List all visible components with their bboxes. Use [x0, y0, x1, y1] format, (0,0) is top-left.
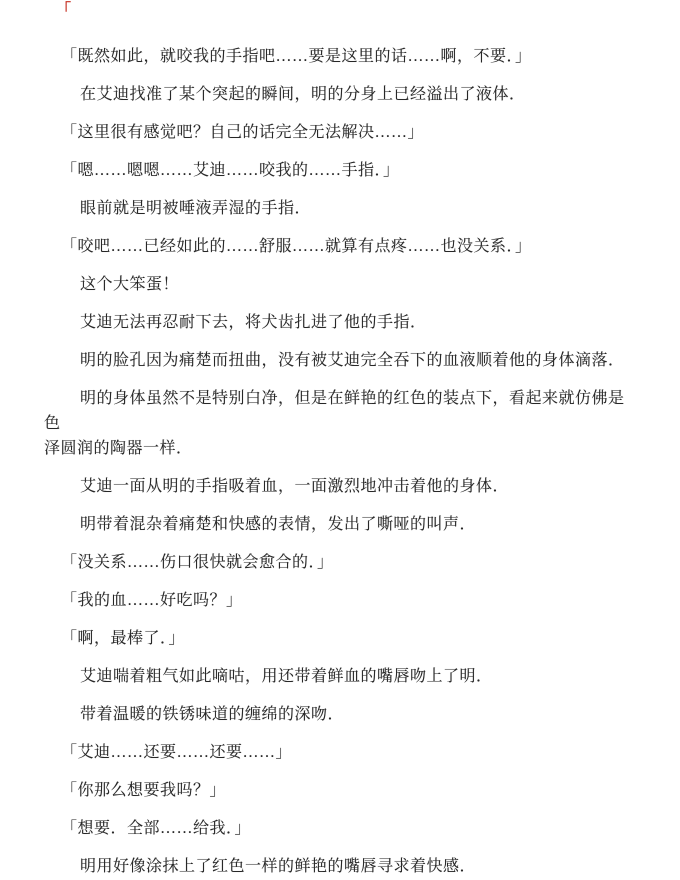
- dialogue-line: 「想要．全部……给我．」: [44, 816, 630, 841]
- dialogue-line: 「啊，最棒了．」: [44, 626, 630, 651]
- narration-line: 明带着混杂着痛楚和快感的表情，发出了嘶哑的叫声．: [44, 512, 630, 537]
- narration-line: 明用好像涂抹上了红色一样的鲜艳的嘴唇寻求着快感．: [44, 854, 630, 879]
- narration-line: 带着温暖的铁锈味道的缠绵的深吻．: [44, 702, 630, 727]
- narration-line: 在艾迪找准了某个突起的瞬间，明的分身上已经溢出了液体．: [44, 82, 630, 107]
- dialogue-line: 「艾迪……还要……还要……」: [44, 740, 630, 765]
- dialogue-line: 「这里很有感觉吧？自己的话完全无法解决……」: [44, 120, 630, 145]
- dialogue-line: 「嗯……嗯嗯……艾迪……咬我的……手指．」: [44, 158, 630, 183]
- dialogue-line: 「我的血……好吃吗？」: [44, 588, 630, 613]
- dialogue-line: 「咬吧……已经如此的……舒服……就算有点疼……也没关系．」: [44, 234, 630, 259]
- dialogue-line: 「没关系……伤口很快就会愈合的．」: [44, 550, 630, 575]
- novel-text-page: 「 「既然如此，就咬我的手指吧……要是这里的话……啊，不要．」 在艾迪找准了某个…: [0, 0, 680, 880]
- narration-line: 明的身体虽然不是特别白净，但是在鲜艳的红色的装点下，看起来就仿佛是色 泽圆润的陶…: [44, 386, 630, 461]
- narration-line: 艾迪一面从明的手指吸着血，一面激烈地冲击着他的身体．: [44, 474, 630, 499]
- dialogue-line: 「你那么想要我吗？」: [44, 778, 630, 803]
- narration-line: 艾迪喘着粗气如此嘀咕，用还带着鲜血的嘴唇吻上了明．: [44, 664, 630, 689]
- red-corner-mark: 「: [56, 1, 71, 19]
- dialogue-line: 「既然如此，就咬我的手指吧……要是这里的话……啊，不要．」: [44, 44, 630, 69]
- narration-line: 这个大笨蛋！: [44, 272, 630, 297]
- narration-line: 艾迪无法再忍耐下去，将犬齿扎进了他的手指．: [44, 310, 630, 335]
- narration-line: 明的脸孔因为痛楚而扭曲，没有被艾迪完全吞下的血液顺着他的身体滴落．: [44, 348, 630, 373]
- narration-line: 眼前就是明被唾液弄湿的手指．: [44, 196, 630, 221]
